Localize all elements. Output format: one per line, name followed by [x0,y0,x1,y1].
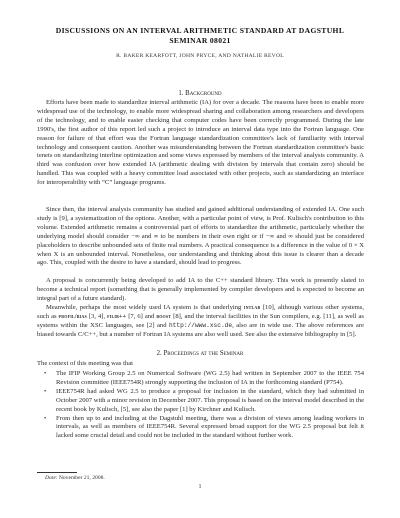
bullet-icon: • [44,388,46,397]
paper-title: DISCUSSIONS ON AN INTERVAL ARITHMETIC ST… [0,26,400,46]
boost-name: boost [156,314,171,320]
profil-name: profil/bias [59,314,87,320]
seminar-bullet-list: •The IFIP Working Group 2.5 on Numerical… [37,370,364,441]
paragraph-background-2: Since then, the interval analysis commun… [37,206,364,268]
paragraph-seminar-intro: The context of this meeting was that [37,360,364,369]
authors: R. BAKER KEARFOTT, JOHN PRYCE, AND NATHA… [0,53,400,59]
section-title: Background [185,90,221,97]
section-heading-2: 2. Proceedings at the Seminar [0,350,400,357]
footnote-date: Date: November 21, 2008. [45,475,105,481]
intlab-name: intlab [244,305,261,311]
bullet-icon: • [44,370,46,379]
section-number: 2. [157,350,162,357]
paragraph-background-4: Meanwhile, perhaps the most widely used … [37,304,364,340]
bullet-icon: • [44,415,46,424]
paragraph-background-1: Efforts have been made to standardize in… [37,99,364,188]
footnote-rule [37,472,77,473]
page-number: 1 [0,484,400,490]
list-item: •IEEE754R had asked WG 2.5 to produce a … [37,388,364,415]
section-title: Proceedings at the Seminar [163,350,243,357]
list-item: •From then up to and including at the Da… [37,415,364,442]
section-number: 1. [178,90,183,97]
section-heading-1: 1. Background [0,90,400,97]
xsc-url-link[interactable]: http://www.xsc.de [169,322,232,329]
title-line-2: SEMINAR 08021 [0,36,400,46]
list-item: •The IFIP Working Group 2.5 on Numerical… [37,370,364,388]
title-line-1: DISCUSSIONS ON AN INTERVAL ARITHMETIC ST… [0,26,400,36]
paragraph-background-3: A proposal is concurrently being develop… [37,277,364,304]
filib-name: filib++ [107,314,126,320]
paper-page: DISCUSSIONS ON AN INTERVAL ARITHMETIC ST… [0,0,400,518]
